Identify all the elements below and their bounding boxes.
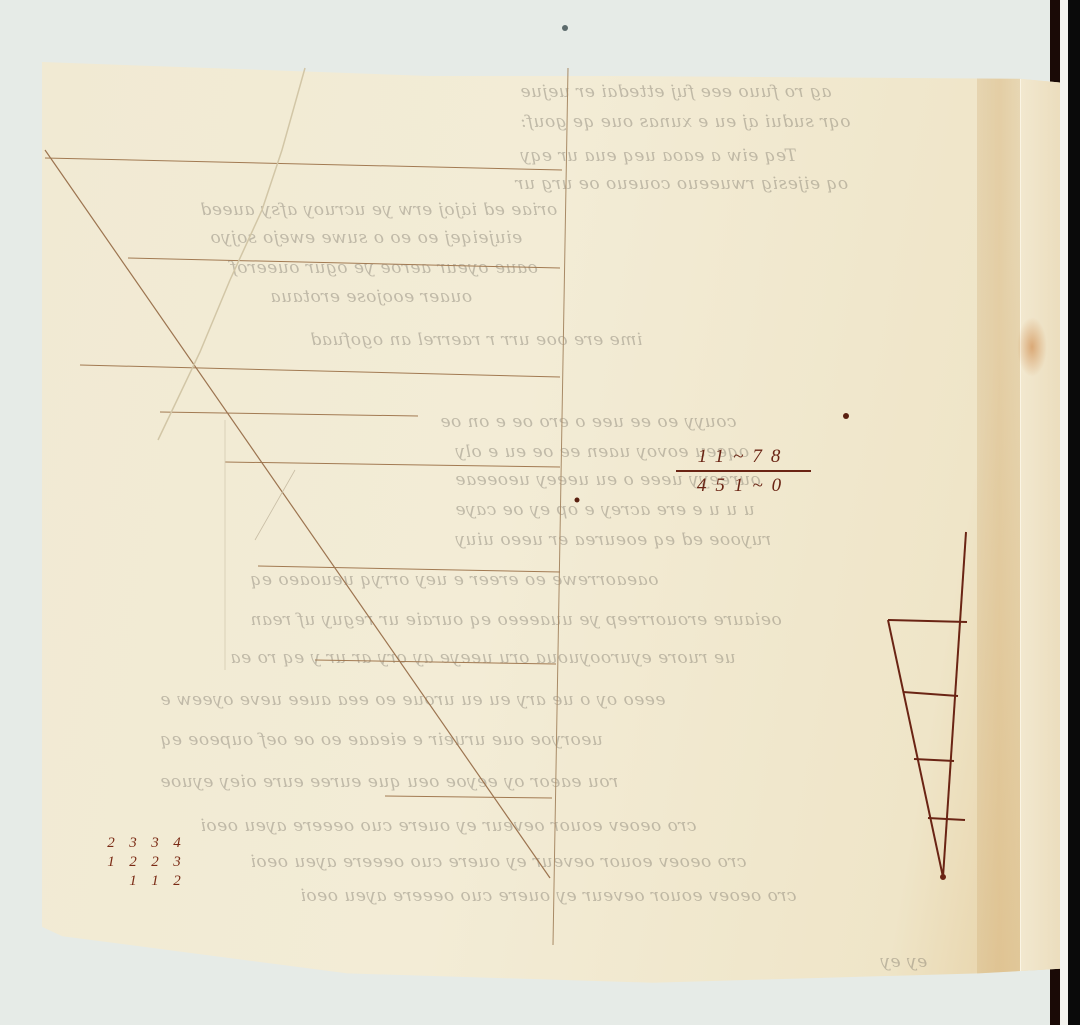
grid-digit: 1	[128, 872, 138, 891]
number-grid-row: 1 1 2	[106, 872, 182, 891]
number-grid-row: 2 3 3 4	[106, 834, 182, 853]
fraction-numerator: 11~78	[676, 444, 811, 470]
grid-digit: 2	[150, 853, 160, 872]
ink-blot	[575, 498, 580, 503]
fraction-annotation: 11~78 451~0	[676, 444, 811, 499]
number-grid: 2 3 3 4 1 2 2 3 1 1 2	[106, 834, 182, 891]
fraction-denominator: 451~0	[676, 473, 811, 499]
faint-construction-line	[255, 470, 295, 540]
grid-digit: 2	[128, 853, 138, 872]
ruled-lines	[45, 158, 562, 798]
ink-blot	[843, 413, 849, 419]
number-grid-row: 1 2 2 3	[106, 853, 182, 872]
wedge-diagram	[888, 532, 967, 879]
grid-digit: 1	[106, 853, 116, 872]
grid-digit: 3	[128, 834, 138, 853]
grid-digit: 1	[150, 872, 160, 891]
grid-digit: 3	[150, 834, 160, 853]
margin-rule-line	[553, 68, 568, 945]
fraction-bar	[676, 470, 811, 472]
diagonal-rule-line	[45, 150, 550, 878]
grid-digit: 4	[172, 834, 182, 853]
paper-crease	[158, 68, 305, 440]
grid-digit: 3	[172, 853, 182, 872]
grid-digit: 2	[106, 834, 116, 853]
grid-digit: 2	[172, 872, 182, 891]
grid-digit	[106, 872, 116, 891]
